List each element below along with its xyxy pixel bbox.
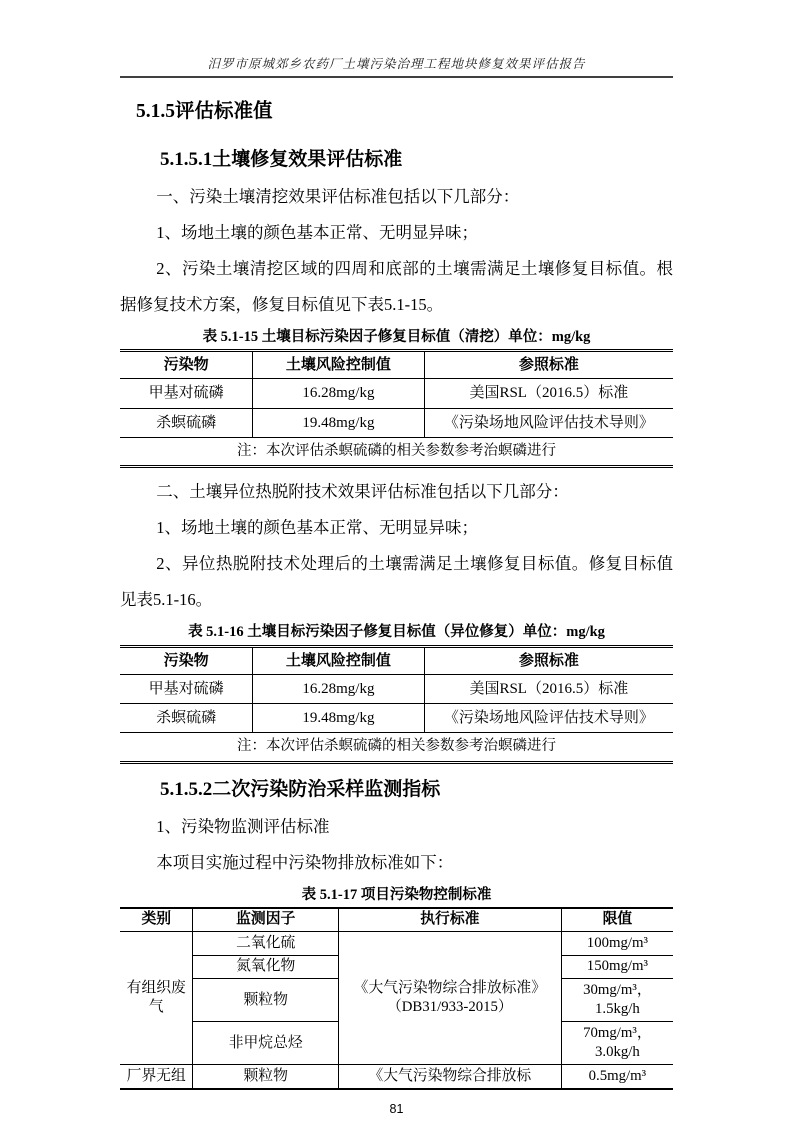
table-note-row: 注：本次评估杀螟硫磷的相关参数参考治螟磷进行 [120,733,673,763]
table-cell: 二氧化硫 [193,932,338,956]
table-cell: 杀螟硫磷 [120,408,253,437]
table-row: 厂界无组 颗粒物 《大气污染物综合排放标 0.5mg/m³ [120,1065,673,1089]
paragraph-7: 1、污染物监测评估标准 [120,809,673,845]
table-header-cell: 污染物 [120,351,253,379]
table-header-cell: 类别 [120,908,193,932]
table-header-row: 类别 监测因子 执行标准 限值 [120,908,673,932]
paragraph-2: 1、场地土壤的颜色基本正常、无明显异味； [120,215,673,251]
table-cell: 颗粒物 [193,979,338,1022]
table-cell: 甲基对硫磷 [120,379,253,408]
table-cell: 19.48mg/kg [253,704,424,733]
table-header-cell: 限值 [561,908,673,932]
table-cell: 30mg/m³，1.5kg/h [561,979,673,1022]
table-header-row: 污染物 土壤风险控制值 参照标准 [120,646,673,674]
table-header-cell: 土壤风险控制值 [253,351,424,379]
table-cell: 甲基对硫磷 [120,674,253,703]
table-cell: 颗粒物 [193,1065,338,1089]
running-header: 汨罗市原城郊乡农药厂土壤污染治理工程地块修复效果评估报告 [120,54,673,78]
table-cell: 氮氧化物 [193,955,338,979]
paragraph-5: 1、场地土壤的颜色基本正常、无明显异味； [120,510,673,546]
table-header-cell: 执行标准 [338,908,561,932]
paragraph-8: 本项目实施过程中污染物排放标准如下： [120,845,673,881]
table-header-row: 污染物 土壤风险控制值 参照标准 [120,351,673,379]
category-cell: 厂界无组 [120,1065,193,1089]
table-5-1-17: 类别 监测因子 执行标准 限值 有组织废气 二氧化硫 《大气污染物综合排放标准》… [120,907,673,1090]
table-header-cell: 监测因子 [193,908,338,932]
table-cell: 美国RSL（2016.5）标准 [424,674,673,703]
table-row: 杀螟硫磷 19.48mg/kg 《污染场地风险评估技术导则》 [120,704,673,733]
table-note: 注：本次评估杀螟硫磷的相关参数参考治螟磷进行 [120,733,673,763]
table-5-1-16-caption: 表 5.1-16 土壤目标污染因子修复目标值（异位修复）单位：mg/kg [120,623,673,641]
table-5-1-17-caption: 表 5.1-17 项目污染物控制标准 [120,886,673,904]
table-cell: 70mg/m³，3.0kg/h [561,1022,673,1065]
table-5-1-16: 污染物 土壤风险控制值 参照标准 甲基对硫磷 16.28mg/kg 美国RSL（… [120,645,673,764]
standard-cell: 《大气污染物综合排放标 [338,1065,561,1089]
table-header-cell: 参照标准 [424,351,673,379]
paragraph-4: 二、土壤异位热脱附技术效果评估标准包括以下几部分： [120,474,673,510]
category-cell: 有组织废气 [120,932,193,1065]
table-header-cell: 参照标准 [424,646,673,674]
table-5-1-15: 污染物 土壤风险控制值 参照标准 甲基对硫磷 16.28mg/kg 美国RSL（… [120,349,673,468]
table-cell: 美国RSL（2016.5）标准 [424,379,673,408]
standard-cell: 《大气污染物综合排放标准》 （DB31/933-2015） [338,932,561,1065]
table-cell: 16.28mg/kg [253,674,424,703]
table-5-1-15-caption: 表 5.1-15 土壤目标污染因子修复目标值（清挖）单位：mg/kg [120,328,673,346]
table-cell: 《污染场地风险评估技术导则》 [424,704,673,733]
page-number: 81 [120,1102,673,1116]
table-header-cell: 污染物 [120,646,253,674]
table-cell: 16.28mg/kg [253,379,424,408]
table-note-row: 注：本次评估杀螟硫磷的相关参数参考治螟磷进行 [120,437,673,467]
table-cell: 《污染场地风险评估技术导则》 [424,408,673,437]
document-page: 汨罗市原城郊乡农药厂土壤污染治理工程地块修复效果评估报告 5.1.5评估标准值 … [0,0,793,1122]
section-heading-515: 5.1.5评估标准值 [136,99,673,124]
paragraph-3: 2、污染土壤清挖区域的四周和底部的土壤需满足土壤修复目标值。根据修复技术方案，修… [120,251,673,323]
table-row: 甲基对硫磷 16.28mg/kg 美国RSL（2016.5）标准 [120,379,673,408]
table-cell: 0.5mg/m³ [561,1065,673,1089]
paragraph-1: 一、污染土壤清挖效果评估标准包括以下几部分： [120,179,673,215]
table-row: 有组织废气 二氧化硫 《大气污染物综合排放标准》 （DB31/933-2015）… [120,932,673,956]
table-cell: 19.48mg/kg [253,408,424,437]
table-note: 注：本次评估杀螟硫磷的相关参数参考治螟磷进行 [120,437,673,467]
table-header-cell: 土壤风险控制值 [253,646,424,674]
paragraph-6: 2、异位热脱附技术处理后的土壤需满足土壤修复目标值。修复目标值见表5.1-16。 [120,546,673,618]
table-row: 杀螟硫磷 19.48mg/kg 《污染场地风险评估技术导则》 [120,408,673,437]
table-cell: 150mg/m³ [561,955,673,979]
table-cell: 100mg/m³ [561,932,673,956]
table-cell: 非甲烷总烃 [193,1022,338,1065]
sub-heading-5152: 5.1.5.2二次污染防治采样监测指标 [160,778,673,803]
table-row: 甲基对硫磷 16.28mg/kg 美国RSL（2016.5）标准 [120,674,673,703]
table-cell: 杀螟硫磷 [120,704,253,733]
sub-heading-5151: 5.1.5.1土壤修复效果评估标准 [160,148,673,173]
